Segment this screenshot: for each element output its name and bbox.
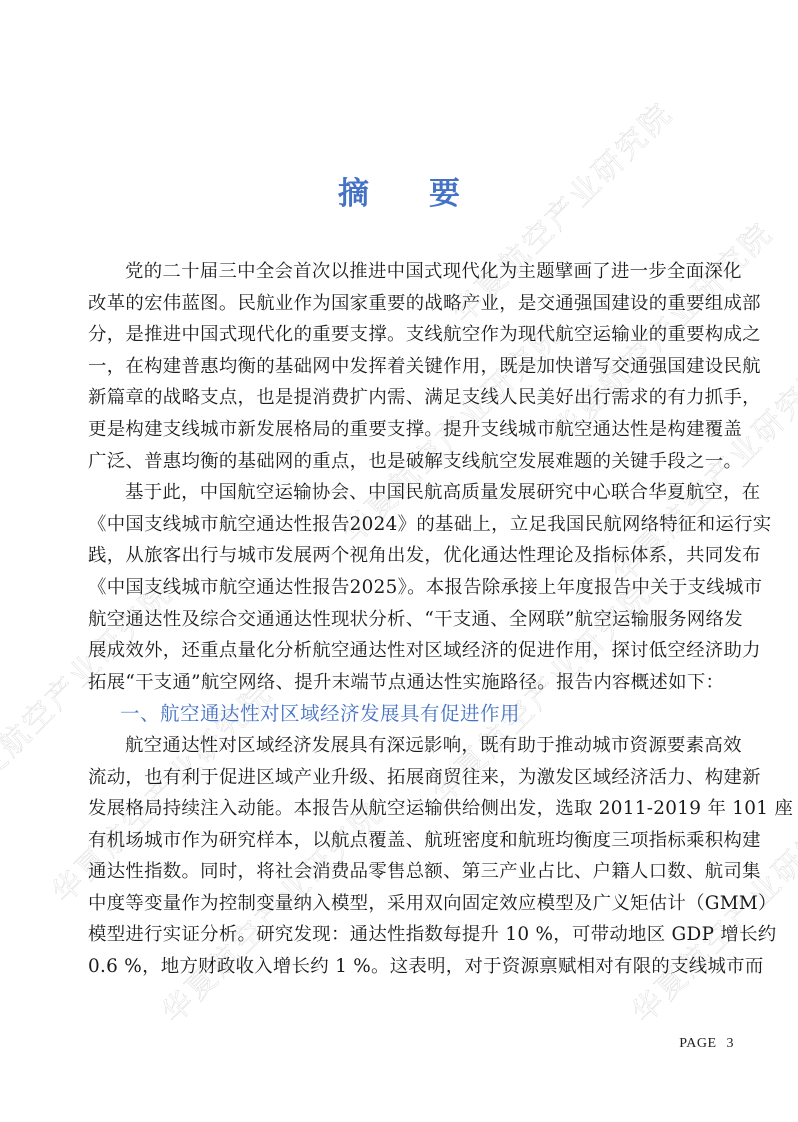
text-line: 广泛、普惠均衡的基础网的重点，也是破解支线航空发展难题的关键手段之一。 bbox=[88, 446, 740, 478]
text-line: 0.6 %，地方财政收入增长约 1 %。这表明，对于资源禀赋相对有限的支线城市而 bbox=[88, 951, 740, 983]
page-footer: PAGE3 bbox=[679, 1036, 734, 1052]
text-line: 中度等变量作为控制变量纳入模型，采用双向固定效应模型及广义矩估计（GMM） bbox=[88, 888, 740, 920]
text-line: 新篇章的战略支点，也是提消费扩内需、满足支线人民美好出行需求的有力抓手， bbox=[88, 382, 740, 414]
text-line: 有机场城市作为研究样本，以航点覆盖、航班密度和航班均衡度三项指标乘积构建 bbox=[88, 825, 740, 857]
page-label: PAGE bbox=[679, 1036, 716, 1051]
text-line: 《中国支线城市航空通达性报告2024》的基础上，立足我国民航网络特征和运行实 bbox=[88, 509, 740, 541]
text-line: 拓展“干支通”航空网络、提升末端节点通达性实施路径。报告内容概述如下： bbox=[88, 667, 740, 699]
text-line: 基于此，中国航空运输协会、中国民航高质量发展研究中心联合华夏航空，在 bbox=[88, 477, 740, 509]
paragraph-intro: 党的二十届三中全会首次以推进中国式现代化为主题擘画了进一步全面深化 改革的宏伟蓝… bbox=[88, 256, 740, 477]
section-heading: 一、航空通达性对区域经济发展具有促进作用 bbox=[88, 698, 740, 730]
text-line: 党的二十届三中全会首次以推进中国式现代化为主题擘画了进一步全面深化 bbox=[88, 256, 740, 288]
text-line: 改革的宏伟蓝图。民航业作为国家重要的战略产业，是交通强国建设的重要组成部 bbox=[88, 288, 740, 320]
text-line: 流动，也有利于促进区域产业升级、拓展商贸往来，为激发区域经济活力、构建新 bbox=[88, 762, 740, 794]
text-line: 《中国支线城市航空通达性报告2025》。本报告除承接上年度报告中关于支线城市 bbox=[88, 572, 740, 604]
paragraph-section-1: 航空通达性对区域经济发展具有深远影响，既有助于推动城市资源要素高效 流动，也有利… bbox=[88, 730, 740, 983]
page-title: 摘要 bbox=[0, 168, 798, 213]
text-line: 航空通达性对区域经济发展具有深远影响，既有助于推动城市资源要素高效 bbox=[88, 730, 740, 762]
paragraph-background: 基于此，中国航空运输协会、中国民航高质量发展研究中心联合华夏航空，在 《中国支线… bbox=[88, 477, 740, 698]
page-number: 3 bbox=[727, 1036, 735, 1051]
text-line: 通达性指数。同时，将社会消费品零售总额、第三产业占比、户籍人口数、航司集 bbox=[88, 856, 740, 888]
document-page: 华夏航空产业研究院 华夏航空产业研究院 华夏航空产业研究院 华夏航空产业研究院 … bbox=[0, 0, 798, 1122]
text-line: 航空通达性及综合交通通达性现状分析、“干支通、全网联”航空运输服务网络发 bbox=[88, 604, 740, 636]
text-line: 发展格局持续注入动能。本报告从航空运输供给侧出发，选取 2011-2019 年 … bbox=[88, 793, 740, 825]
title-char-2: 要 bbox=[429, 168, 460, 213]
text-line: 更是构建支线城市新发展格局的重要支撑。提升支线城市航空通达性是构建覆盖 bbox=[88, 414, 740, 446]
text-line: 模型进行实证分析。研究发现：通达性指数每提升 10 %，可带动地区 GDP 增长… bbox=[88, 919, 740, 951]
document-body: 党的二十届三中全会首次以推进中国式现代化为主题擘画了进一步全面深化 改革的宏伟蓝… bbox=[88, 256, 740, 983]
text-line: 践，从旅客出行与城市发展两个视角出发，优化通达性理论及指标体系，共同发布 bbox=[88, 540, 740, 572]
text-line: 一，在构建普惠均衡的基础网中发挥着关键作用，既是加快谱写交通强国建设民航 bbox=[88, 351, 740, 383]
title-char-1: 摘 bbox=[338, 168, 369, 213]
text-line: 展成效外，还重点量化分析航空通达性对区域经济的促进作用，探讨低空经济助力 bbox=[88, 635, 740, 667]
text-line: 分，是推进中国式现代化的重要支撑。支线航空作为现代航空运输业的重要构成之 bbox=[88, 319, 740, 351]
